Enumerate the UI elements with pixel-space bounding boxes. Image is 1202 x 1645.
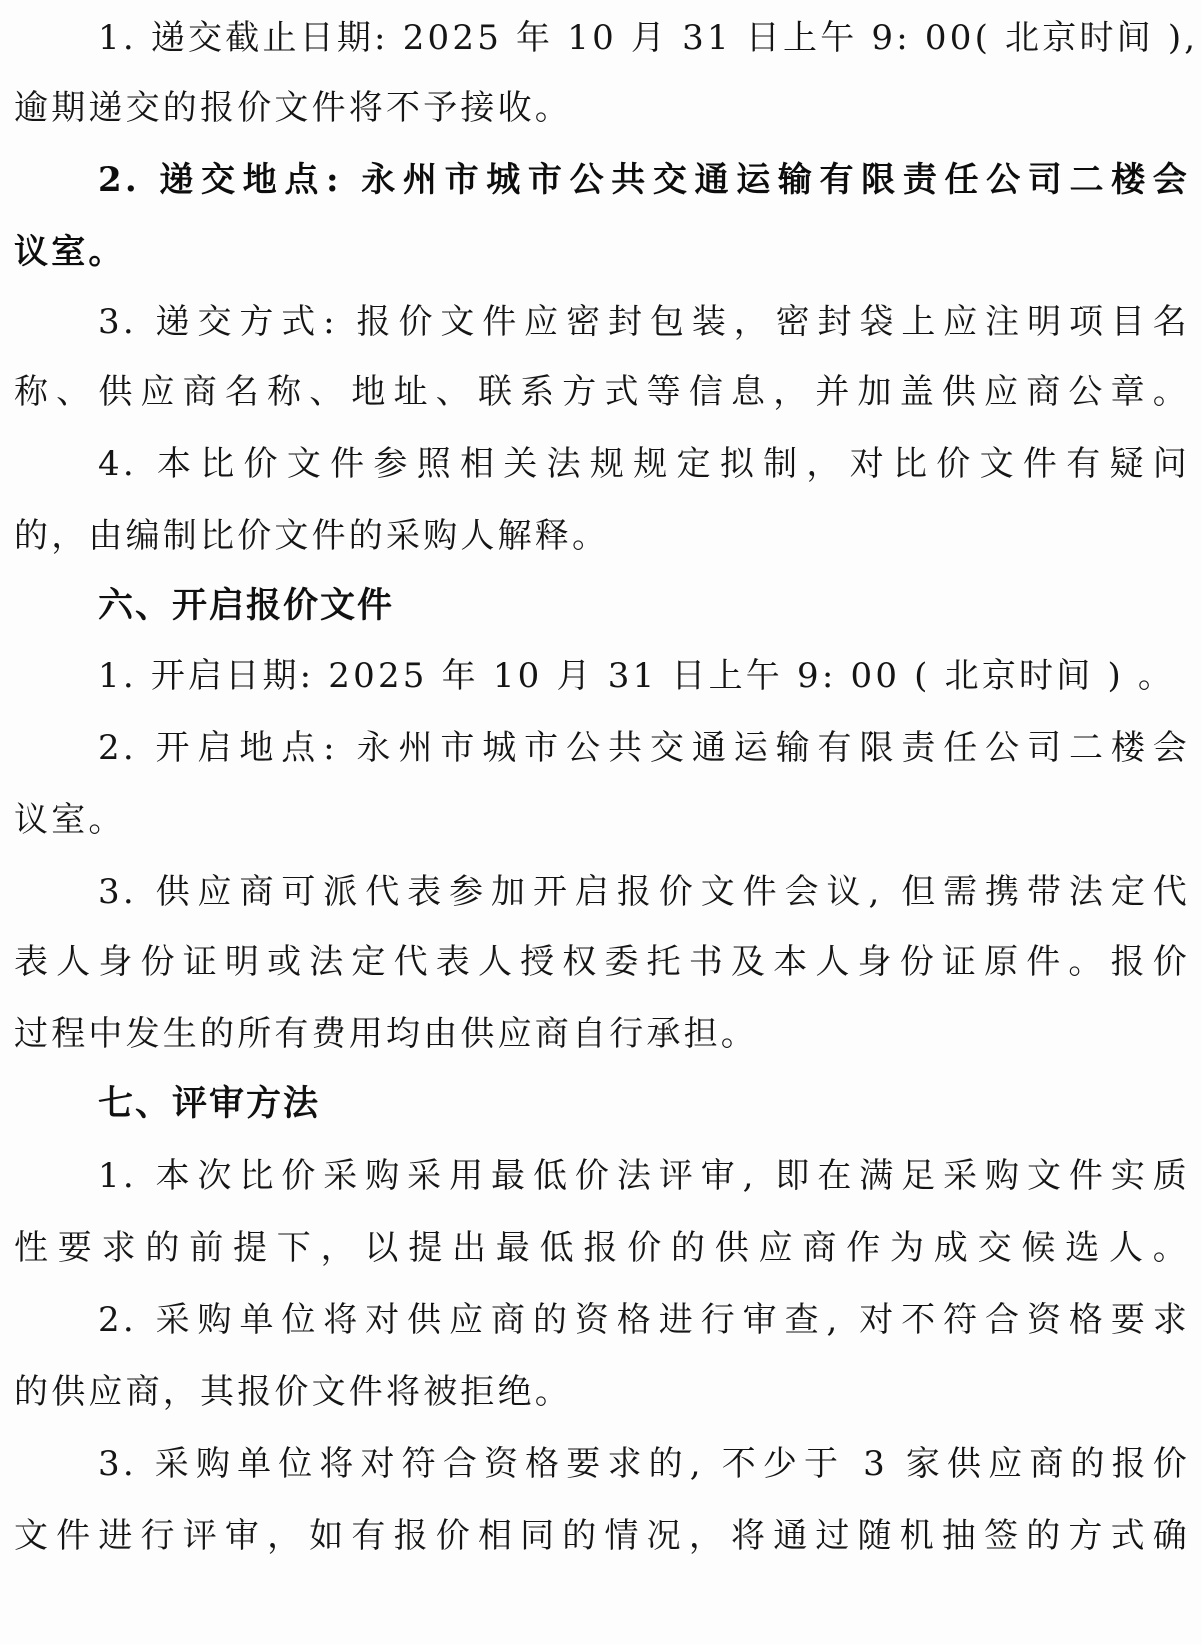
paragraph-submission-location-line-2: 议室。 — [14, 222, 1190, 282]
paragraph-lowest-price-line-1: 1. 本次比价采购采用最低价法评审, 即在满足采购文件实质 — [98, 1146, 1190, 1206]
paragraph-qualification-line-2: 的供应商，其报价文件将被拒绝。 — [14, 1362, 1190, 1422]
paragraph-review-line-2: 文件进行评审，如有报价相同的情况，将通过随机抽签的方式确 — [14, 1506, 1190, 1566]
paragraph-submission-location-line-1: 2. 递交地点: 永州市城市公共交通运输有限责任公司二楼会 — [98, 150, 1190, 210]
paragraph-opening-location-line-2: 议室。 — [14, 790, 1190, 850]
paragraph-representatives-line-3: 过程中发生的所有费用均由供应商自行承担。 — [14, 1004, 1190, 1064]
paragraph-opening-date-line-1: 1. 开启日期: 2025 年 10 月 31 日上午 9: 00 ( 北京时间… — [98, 646, 1190, 706]
paragraph-opening-location-line-1: 2. 开启地点: 永州市城市公共交通运输有限责任公司二楼会 — [98, 718, 1190, 778]
paragraph-interpretation-line-2: 的，由编制比价文件的采购人解释。 — [14, 506, 1190, 566]
paragraph-submission-method-line-2: 称、供应商名称、地址、联系方式等信息，并加盖供应商公章。 — [14, 362, 1190, 422]
paragraph-representatives-line-1: 3. 供应商可派代表参加开启报价文件会议, 但需携带法定代 — [98, 862, 1190, 922]
document-page: 1. 递交截止日期: 2025 年 10 月 31 日上午 9: 00( 北京时… — [0, 0, 1202, 1645]
paragraph-deadline-line-2: 逾期递交的报价文件将不予接收。 — [14, 78, 1190, 138]
section-heading-opening: 六、开启报价文件 — [98, 576, 1190, 636]
paragraph-deadline-line-1: 1. 递交截止日期: 2025 年 10 月 31 日上午 9: 00( 北京时… — [98, 8, 1190, 68]
paragraph-representatives-line-2: 表人身份证明或法定代表人授权委托书及本人身份证原件。报价 — [14, 932, 1190, 992]
paragraph-lowest-price-line-2: 性要求的前提下，以提出最低报价的供应商作为成交候选人。 — [14, 1218, 1190, 1278]
paragraph-qualification-line-1: 2. 采购单位将对供应商的资格进行审查, 对不符合资格要求 — [98, 1290, 1190, 1350]
section-heading-evaluation: 七、评审方法 — [98, 1074, 1190, 1134]
paragraph-submission-method-line-1: 3. 递交方式: 报价文件应密封包装，密封袋上应注明项目名 — [98, 292, 1190, 352]
paragraph-interpretation-line-1: 4. 本比价文件参照相关法规规定拟制，对比价文件有疑问 — [98, 434, 1190, 494]
paragraph-review-line-1: 3. 采购单位将对符合资格要求的, 不少于 3 家供应商的报价 — [98, 1434, 1190, 1494]
